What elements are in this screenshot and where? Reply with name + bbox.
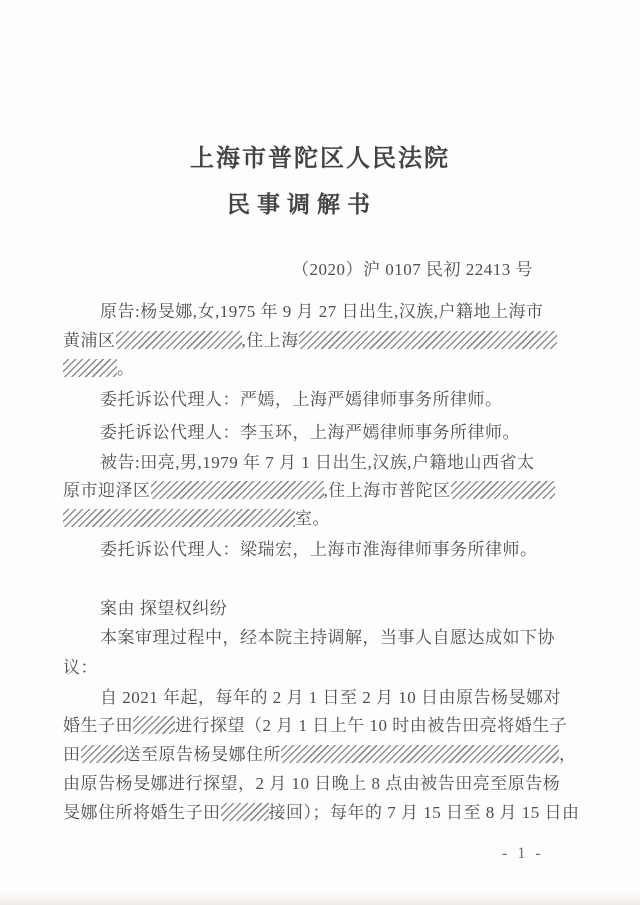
agreement-text: 由原告杨旻娜进行探望，2 月 10 日晚上 8 点由被告田亮至原告杨 <box>63 774 560 793</box>
agreement-line: 旻娜住所将婚生子田接回）；每年的 7 月 15 日至 8 月 15 日由 <box>63 801 580 825</box>
redaction-block <box>221 803 269 821</box>
agreement-text: 田 <box>63 745 81 764</box>
mediation-intro-line: 本案审理过程中，经本院主持调解，当事人自愿达成如下协 <box>100 626 555 650</box>
case-number: （2020）沪 0107 民初 22413 号 <box>292 258 533 282</box>
cause-text: 案由 探望权纠纷 <box>100 599 227 618</box>
mediation-text: 议： <box>63 658 98 677</box>
redaction-block <box>63 359 117 377</box>
cause-of-action-line: 案由 探望权纠纷 <box>100 597 227 621</box>
redaction-block <box>81 745 124 763</box>
agreement-text: ， <box>559 745 577 764</box>
document-page: 上海市普陀区人民法院 民事调解书 （2020）沪 0107 民初 22413 号… <box>0 0 640 905</box>
agreement-text: 送至原告杨旻娜住所 <box>124 745 282 764</box>
agreement-line: 由原告杨旻娜进行探望，2 月 10 日晚上 8 点由被告田亮至原告杨 <box>63 772 560 796</box>
agent-line: 委托诉讼代理人：严嫣，上海严嫣律师事务所律师。 <box>100 388 503 412</box>
page-number: - 1 - <box>502 842 544 866</box>
plaintiff-info-line: 原告:杨旻娜,女,1975 年 9 月 27 日出生,汉族,户籍地上海市 <box>100 300 543 324</box>
redaction-block <box>151 481 324 499</box>
redaction-block <box>116 331 242 349</box>
agent-line: 委托诉讼代理人：李玉环，上海严嫣律师事务所律师。 <box>100 421 520 445</box>
agreement-text: 接回）；每年的 7 月 15 日至 8 月 15 日由 <box>269 803 580 822</box>
redaction-block <box>133 716 175 734</box>
agreement-text: 进行探望（2 月 1 日上午 10 时由被告田亮将婚生子 <box>175 716 567 735</box>
agreement-text: 旻娜住所将婚生子田 <box>63 803 221 822</box>
agent-line: 委托诉讼代理人：梁瑞宏，上海市淮海律师事务所律师。 <box>100 538 538 562</box>
court-name: 上海市普陀区人民法院 <box>0 147 640 171</box>
agreement-text: 自 2021 年起，每年的 2 月 1 日至 2 月 10 日由原告杨旻娜对 <box>100 688 561 707</box>
plaintiff-text: 黄浦区 <box>63 331 116 350</box>
defendant-text: 原市迎泽区 <box>63 481 151 500</box>
agreement-line: 田送至原告杨旻娜住所， <box>63 743 577 767</box>
agent-text: 委托诉讼代理人：李玉环，上海严嫣律师事务所律师。 <box>100 423 520 442</box>
defendant-info-line: 原市迎泽区,住上海市普陀区 <box>63 479 555 503</box>
agent-text: 委托诉讼代理人：严嫣，上海严嫣律师事务所律师。 <box>100 390 503 409</box>
mediation-text: 本案审理过程中，经本院主持调解，当事人自愿达成如下协 <box>100 628 555 647</box>
plaintiff-text: 原告:杨旻娜,女,1975 年 9 月 27 日出生,汉族,户籍地上海市 <box>100 302 543 321</box>
defendant-text: ,住上海市普陀区 <box>324 481 451 500</box>
plaintiff-info-line: 。 <box>63 357 135 381</box>
agent-text: 委托诉讼代理人：梁瑞宏，上海市淮海律师事务所律师。 <box>100 540 538 559</box>
agreement-text: 婚生子田 <box>63 716 133 735</box>
redaction-block <box>451 481 555 499</box>
agreement-line: 婚生子田进行探望（2 月 1 日上午 10 时由被告田亮将婚生子 <box>63 714 567 738</box>
redaction-block <box>281 745 559 763</box>
mediation-intro-line: 议： <box>63 656 98 680</box>
defendant-info-line: 被告:田亮,男,1979 年 7 月 1 日出生,汉族,户籍地山西省太 <box>100 451 534 475</box>
plaintiff-text: ,住上海 <box>242 331 299 350</box>
agreement-line: 自 2021 年起，每年的 2 月 1 日至 2 月 10 日由原告杨旻娜对 <box>100 686 561 710</box>
document-title: 民事调解书 <box>0 193 622 217</box>
plaintiff-info-line: 黄浦区,住上海 <box>63 329 557 353</box>
defendant-text: 被告:田亮,男,1979 年 7 月 1 日出生,汉族,户籍地山西省太 <box>100 453 534 472</box>
defendant-info-line: 室。 <box>63 507 330 531</box>
defendant-text: 室。 <box>295 509 330 528</box>
redaction-block <box>299 331 557 349</box>
plaintiff-text: 。 <box>117 359 135 378</box>
page-bottom-edge <box>0 891 640 905</box>
redaction-block <box>63 509 295 527</box>
